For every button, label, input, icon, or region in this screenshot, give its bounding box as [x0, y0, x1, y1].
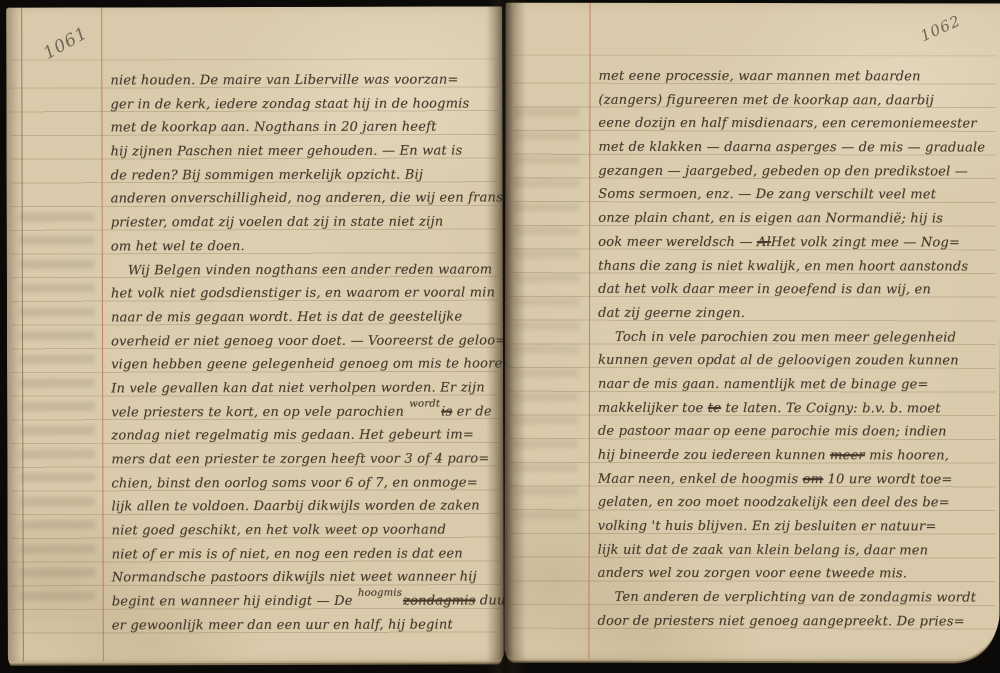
- manuscript-line: lijk allen te voldoen. Daarbij dikwijls …: [111, 495, 499, 520]
- text-segment: niet houden. De maire van Liberville was…: [110, 72, 458, 88]
- text-segment: kunnen geven opdat al de geloovigen zoud…: [598, 353, 959, 369]
- text-segment: hij bineerde zou iedereen kunnen: [598, 448, 830, 463]
- manuscript-line: kunnen geven opdat al de geloovigen zoud…: [598, 349, 996, 373]
- text-segment: mis hooren,: [865, 448, 949, 463]
- text-segment: de reden? Bij sommigen merkelijk opzicht…: [111, 167, 423, 183]
- text-segment: begint en wanneer hij eindigt — De: [112, 594, 357, 610]
- text-segment: eene dozijn en half misdienaars, een cer…: [598, 116, 976, 132]
- text-segment: ook meer wereldsch —: [598, 235, 757, 250]
- manuscript-line: niet houden. De maire van Liberville was…: [110, 68, 498, 93]
- text-segment: te laten. Te Coigny: b.v. b. moet: [721, 401, 941, 416]
- manuscript-line: hij zijnen Paschen niet meer gehouden. —…: [110, 139, 498, 164]
- text-segment: met de klakken — daarna asperges — de mi…: [598, 140, 985, 156]
- struck-word: meer: [830, 448, 865, 463]
- text-segment: om het wel te doen.: [111, 239, 245, 254]
- manuscript-line: met de klakken — daarna asperges — de mi…: [598, 136, 996, 160]
- manuscript-line: ger in de kerk, iedere zondag staat hij …: [110, 92, 498, 117]
- text-segment: niet goed geschikt, en het volk weet op …: [111, 523, 446, 539]
- text-segment: naar de mis gegaan wordt. Het is dat de …: [111, 309, 462, 325]
- text-segment: Toch in vele parochien zou men meer gele…: [615, 329, 956, 345]
- text-segment: chien, binst den oorlog soms voor 6 of 7…: [111, 475, 477, 491]
- text-segment: zondag niet regelmatig mis gedaan. Het g…: [111, 428, 474, 444]
- text-segment: vigen hebben geene gelegenheid genoeg om…: [111, 357, 504, 373]
- manuscript-line: begint en wanneer hij eindigt — De hoogm…: [112, 589, 500, 614]
- manuscript-scan: 1061 niet houden. De maire van Libervill…: [0, 0, 1000, 673]
- manuscript-line: dat het volk daar meer in geoefend is da…: [598, 278, 996, 302]
- manuscript-line: door de priesters niet genoeg aangepreek…: [597, 610, 995, 634]
- text-segment: hij zijnen Paschen niet meer gehouden. —…: [111, 144, 463, 160]
- text-segment: duurt: [475, 593, 503, 608]
- text-segment: gezangen — jaargebed, gebeden op den pre…: [598, 163, 968, 179]
- manuscript-line: chien, binst den oorlog soms voor 6 of 7…: [111, 471, 499, 496]
- text-segment: Normandsche pastoors dikwijls niet weet …: [112, 570, 477, 586]
- text-segment: mers dat een priester te zorgen heeft vo…: [111, 451, 489, 467]
- manuscript-line: hij bineerde zou iedereen kunnen meer mi…: [598, 444, 996, 468]
- text-segment: naar de mis gaan. namentlijk met de bina…: [598, 377, 929, 393]
- manuscript-line: overheid er niet genoeg voor doet. — Voo…: [111, 329, 499, 354]
- struck-word: te: [708, 401, 721, 416]
- page-edge: [6, 8, 24, 662]
- text-segment: anders wel zou zorgen voor eene tweede m…: [598, 566, 908, 582]
- inserted-word: wordt: [409, 392, 440, 416]
- manuscript-line: anders wel zou zorgen voor eene tweede m…: [598, 562, 996, 586]
- inserted-word: hoogmis: [358, 582, 402, 606]
- manuscript-line: Ten anderen de verplichting van de zonda…: [598, 586, 996, 610]
- text-segment: niet of er mis is of niet, en nog een re…: [112, 546, 463, 562]
- text-segment: de pastoor maar op eene parochie mis doe…: [598, 424, 947, 440]
- text-segment: thans die zang is niet kwalijk, en men h…: [598, 258, 968, 274]
- manuscript-line: Normandsche pastoors dikwijls niet weet …: [112, 566, 500, 591]
- text-segment: er de: [452, 404, 491, 419]
- manuscript-line: Soms sermoen, enz. — De zang verschilt v…: [598, 183, 996, 207]
- text-segment: met de koorkap aan. Nogthans in 20 jaren…: [110, 120, 436, 136]
- manuscript-line: eene dozijn en half misdienaars, een cer…: [598, 112, 996, 136]
- manuscript-line: met eene processie, waar mannen met baar…: [598, 65, 996, 89]
- text-segment: Het volk zingt mee — Nog=: [771, 235, 960, 250]
- page-number: 1061: [40, 23, 91, 63]
- text-segment: 10 ure wordt toe=: [823, 472, 952, 487]
- manuscript-line: naar de mis gegaan wordt. Het is dat de …: [111, 305, 499, 330]
- manuscript-line: volking 't huis blijven. En zij besluite…: [598, 515, 996, 539]
- text-segment: priester, omdat zij voelen dat zij in st…: [111, 215, 444, 231]
- text-segment: onze plain chant, en is eigen aan Norman…: [598, 211, 943, 227]
- manuscript-line: zondag niet regelmatig mis gedaan. Het g…: [111, 424, 499, 449]
- manuscript-line: de pastoor maar op eene parochie mis doe…: [598, 420, 996, 444]
- manuscript-line: anderen onverschilligheid, nog anderen, …: [111, 187, 499, 212]
- manuscript-line: vigen hebben geene gelegenheid genoeg om…: [111, 353, 499, 378]
- text-segment: volking 't huis blijven. En zij besluite…: [598, 519, 937, 535]
- manuscript-line: gezangen — jaargebed, gebeden op den pre…: [598, 159, 996, 183]
- text-segment: er gewoonlijk meer dan een uur en half, …: [112, 617, 453, 633]
- text-segment: lijk uit dat de zaak van klein belang is…: [598, 542, 929, 558]
- manuscript-line: vele priesters te kort, en op vele paroc…: [111, 400, 499, 425]
- manuscript-line: met de koorkap aan. Nogthans in 20 jaren…: [110, 116, 498, 141]
- page-number: 1062: [918, 12, 964, 46]
- text-segment: Maar neen, enkel de hoogmis: [598, 471, 803, 486]
- manuscript-line: gelaten, en zoo moet noodzakelijk een de…: [598, 491, 996, 515]
- struck-word: Al: [757, 235, 771, 250]
- text-segment: gelaten, en zoo moet noodzakelijk een de…: [598, 495, 950, 511]
- text-segment: lijk allen te voldoen. Daarbij dikwijls …: [111, 499, 479, 515]
- manuscript-line: makkelijker toe te te laten. Te Coigny: …: [598, 396, 996, 420]
- manuscript-line: de reden? Bij sommigen merkelijk opzicht…: [111, 163, 499, 188]
- text-segment: ger in de kerk, iedere zondag staat hij …: [110, 96, 469, 112]
- manuscript-line: (zangers) figureeren met de koorkap aan,…: [598, 88, 996, 112]
- page-left: 1061 niet houden. De maire van Libervill…: [6, 6, 504, 661]
- manuscript-line: om het wel te doen.: [111, 234, 499, 259]
- text-segment: Wij Belgen vinden nogthans een ander red…: [128, 262, 492, 278]
- manuscript-line: onze plain chant, en is eigen aan Norman…: [598, 207, 996, 231]
- manuscript-line: thans die zang is niet kwalijk, en men h…: [598, 254, 996, 278]
- manuscript-line: Wij Belgen vinden nogthans een ander red…: [111, 258, 499, 283]
- struck-word: is: [441, 404, 452, 419]
- manuscript-line: Toch in vele parochien zou men meer gele…: [598, 325, 996, 349]
- struck-word: zondagmis: [403, 594, 475, 609]
- manuscript-line: lijk uit dat de zaak van klein belang is…: [598, 538, 996, 562]
- text-segment: dat het volk daar meer in geoefend is da…: [598, 282, 931, 298]
- text-segment: dat zij geerne zingen.: [598, 306, 745, 321]
- manuscript-line: dat zij geerne zingen.: [598, 302, 996, 326]
- text-block: met eene processie, waar mannen met baar…: [597, 65, 996, 634]
- page-right: 1062 met eene processie, waar mannen met…: [504, 3, 1000, 660]
- text-segment: het volk niet godsdienstiger is, en waar…: [111, 286, 495, 302]
- manuscript-line: naar de mis gaan. namentlijk met de bina…: [598, 373, 996, 397]
- text-segment: Ten anderen de verplichting van de zonda…: [615, 590, 977, 606]
- manuscript-line: In vele gevallen kan dat niet verholpen …: [111, 376, 499, 401]
- manuscript-line: het volk niet godsdienstiger is, en waar…: [111, 282, 499, 307]
- manuscript-line: mers dat een priester te zorgen heeft vo…: [111, 447, 499, 472]
- text-segment: door de priesters niet genoeg aangepreek…: [597, 614, 964, 630]
- text-segment: vele priesters te kort, en op vele paroc…: [111, 404, 408, 420]
- text-block: niet houden. De maire van Liberville was…: [110, 68, 499, 638]
- manuscript-line: niet of er mis is of niet, en nog een re…: [112, 542, 500, 567]
- text-segment: makkelijker toe: [598, 400, 708, 415]
- manuscript-line: ook meer wereldsch — AlHet volk zingt me…: [598, 231, 996, 255]
- text-segment: anderen onverschilligheid, nog anderen, …: [111, 191, 504, 207]
- manuscript-line: priester, omdat zij voelen dat zij in st…: [111, 210, 499, 235]
- showthrough-smudge: [513, 108, 580, 529]
- manuscript-line: er gewoonlijk meer dan een uur en half, …: [112, 613, 500, 638]
- showthrough-smudge: [19, 212, 96, 616]
- struck-word: om: [803, 472, 824, 487]
- text-segment: met eene processie, waar mannen met baar…: [598, 69, 920, 85]
- text-segment: Soms sermoen, enz. — De zang verschilt v…: [598, 187, 936, 203]
- text-segment: (zangers) figureeren met de koorkap aan,…: [598, 92, 933, 108]
- manuscript-line: niet goed geschikt, en het volk weet op …: [111, 518, 499, 543]
- manuscript-line: Maar neen, enkel de hoogmis om 10 ure wo…: [598, 467, 996, 491]
- text-segment: overheid er niet genoeg voor doet. — Voo…: [111, 333, 504, 349]
